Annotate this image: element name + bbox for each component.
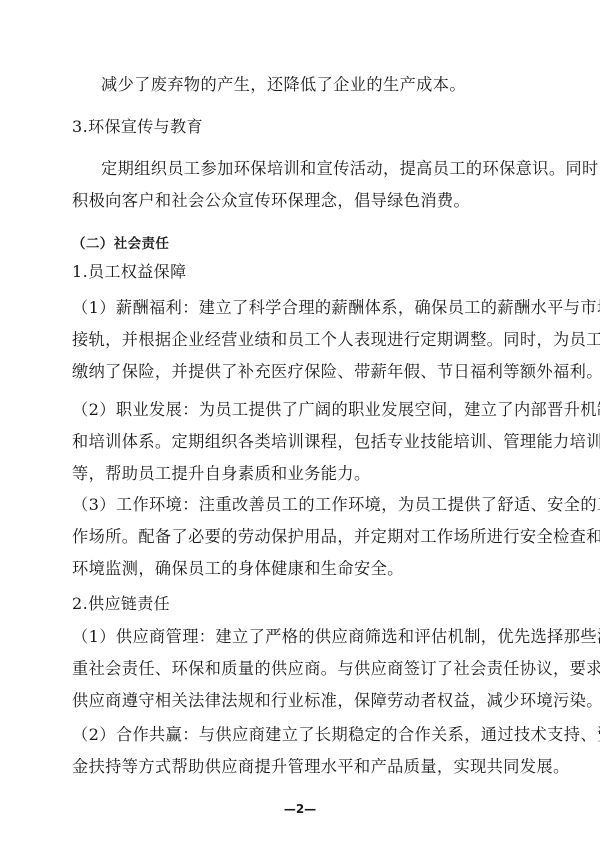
paragraph-line: 接轨，并根据企业经营业绩和员工个人表现进行定期调整。同时，为员工 bbox=[72, 330, 600, 350]
paragraph-line: （1）供应商管理：建立了严格的供应商筛选和评估机制，优先选择那些注 bbox=[72, 627, 600, 647]
page-number: —2— bbox=[0, 802, 600, 816]
paragraph-line: 和培训体系。定期组织各类培训课程，包括专业技能培训、管理能力培训 bbox=[72, 432, 600, 452]
paragraph-line: 环境监测，确保员工的身体健康和生命安全。 bbox=[72, 559, 404, 579]
section-heading-employee-rights: 1.员工权益保障 bbox=[72, 262, 186, 282]
paragraph-line: 金扶持等方式帮助供应商提升管理水平和产品质量，实现共同发展。 bbox=[72, 757, 570, 777]
paragraph-line: 等，帮助员工提升自身素质和业务能力。 bbox=[72, 464, 371, 484]
paragraph-line: （2）合作共赢：与供应商建立了长期稳定的合作关系，通过技术支持、资 bbox=[72, 725, 600, 745]
paragraph-line: 减少了废弃物的产生，还降低了企业的生产成本。 bbox=[101, 75, 466, 95]
paragraph-line: 积极向客户和社会公众宣传环保理念，倡导绿色消费。 bbox=[72, 191, 470, 211]
paragraph-line: （1）薪酬福利：建立了科学合理的薪酬体系，确保员工的薪酬水平与市场 bbox=[72, 298, 600, 318]
paragraph-line: （2）职业发展：为员工提供了广阔的职业发展空间，建立了内部晋升机制 bbox=[72, 400, 600, 420]
paragraph-line: 定期组织员工参加环保培训和宣传活动，提高员工的环保意识。同时， bbox=[101, 159, 600, 179]
section-heading-environmental-education: 3.环保宣传与教育 bbox=[72, 117, 203, 137]
paragraph-line: 供应商遵守相关法律法规和行业标准，保障劳动者权益，减少环境污染。 bbox=[72, 691, 600, 711]
paragraph-line: 缴纳了保险，并提供了补充医疗保险、带薪年假、节日福利等额外福利。 bbox=[72, 362, 600, 382]
section-heading-social-responsibility: （二）社会责任 bbox=[72, 234, 169, 254]
section-heading-supply-chain: 2.供应链责任 bbox=[72, 594, 170, 614]
paragraph-line: 重社会责任、环保和质量的供应商。与供应商签订了社会责任协议，要求 bbox=[72, 659, 600, 679]
paragraph-line: （3）工作环境：注重改善员工的工作环境，为员工提供了舒适、安全的工 bbox=[72, 495, 600, 515]
paragraph-line: 作场所。配备了必要的劳动保护用品，并定期对工作场所进行安全检查和 bbox=[72, 527, 600, 547]
